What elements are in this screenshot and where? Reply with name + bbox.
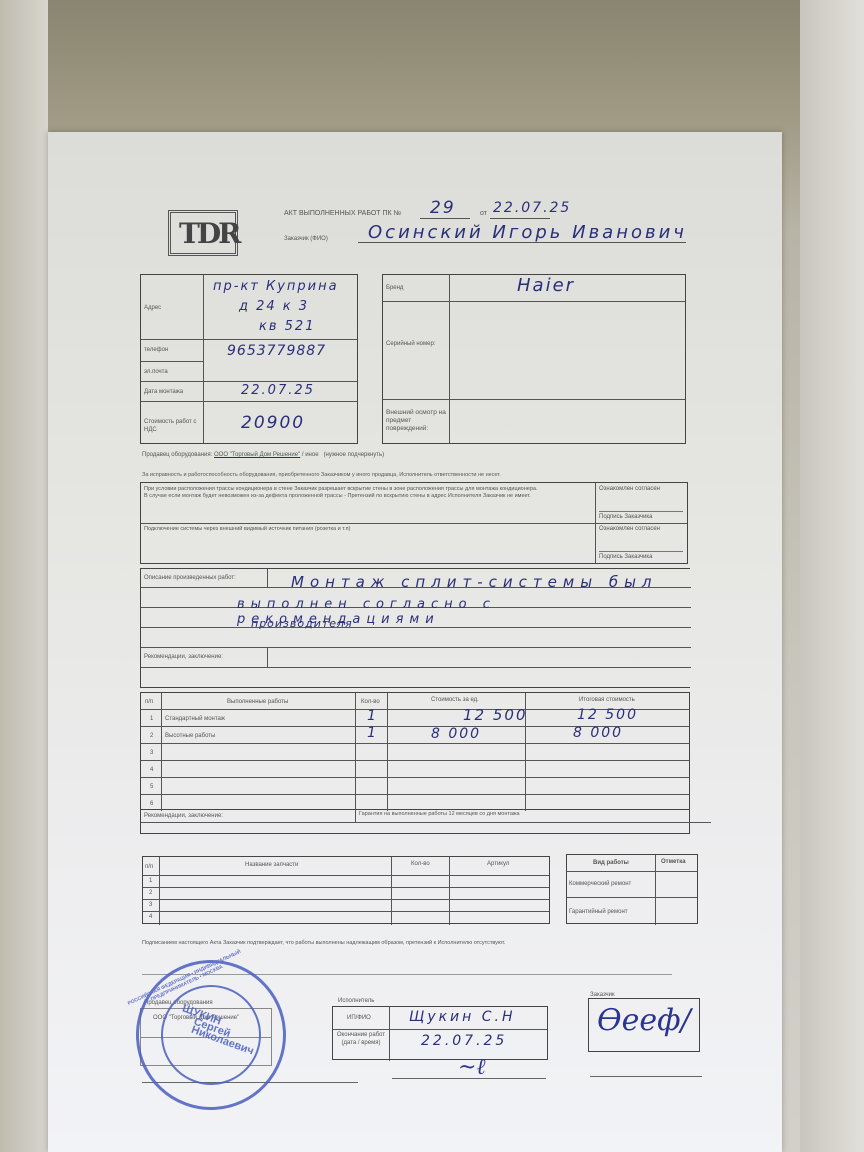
install-date-value: 22.07.25 xyxy=(241,383,315,398)
parts-col-qty: Кол-во xyxy=(411,861,430,869)
work-description-label: Описание произведенных работ: xyxy=(144,575,236,583)
seller-label: Продавец оборудования: xyxy=(142,452,212,458)
condition-1-sign-label: Подпись Заказчика xyxy=(599,514,653,522)
col-header-total: Итоговая стоимость xyxy=(579,697,635,705)
install-date-label: Дата монтажа xyxy=(144,389,183,397)
brand-label: Бренд xyxy=(386,285,403,293)
official-stamp: РОССИЙСКАЯ ФЕДЕРАЦИЯ • ИНДИВИДУАЛЬНЫЙ ПР… xyxy=(111,935,310,1134)
commercial-repair-label: Коммерческий ремонт xyxy=(569,881,631,889)
seller-option-other: иное xyxy=(305,452,318,458)
act-title: АКТ ВЫПОЛНЕННЫХ РАБОТ ПК № xyxy=(284,210,401,219)
finish-value: 22.07.25 xyxy=(421,1033,507,1049)
repair-type-table: Вид работы Отметка Коммерческий ремонт Г… xyxy=(566,854,698,924)
repair-mark-header: Отметка xyxy=(661,859,686,867)
customer-signature-box: Ѳeeф/ xyxy=(588,998,700,1052)
cost-label: Стоимость работ с НДС xyxy=(144,419,200,434)
repair-type-header: Вид работы xyxy=(593,860,629,868)
inspection-label: Внешний осмотр на предмет повреждений: xyxy=(386,409,448,433)
performer-signature: ~ℓ xyxy=(458,1054,486,1080)
finish-label: Окончание работ (дата / время) xyxy=(335,1032,387,1047)
work-row-2-unit-price: 8 000 xyxy=(431,726,481,742)
email-label: эл.почта xyxy=(144,369,168,377)
work-description-line-1: Монтаж сплит-системы был xyxy=(291,573,658,591)
condition-2-agree-label: Ознакомлен согласен xyxy=(599,526,660,534)
seller-hint: (нужное подчеркнуть) xyxy=(324,452,385,458)
work-row-2-total: 8 000 xyxy=(573,725,623,741)
work-row-1-name: Стандартный монтаж xyxy=(165,716,225,724)
seller-line: Продавец оборудования: ООО "Торговый Дом… xyxy=(142,452,384,460)
phone-label: телефон xyxy=(144,347,168,355)
date-label: от xyxy=(480,210,487,219)
company-logo: TDR xyxy=(168,210,238,256)
work-description-section: Описание произведенных работ: Монтаж спл… xyxy=(140,568,690,688)
confirmation-text: Подписанием настоящего Акта Заказчик под… xyxy=(142,940,505,947)
cost-value: 20900 xyxy=(241,413,305,433)
condition-2-text: Подключение системы через внешний видимы… xyxy=(144,526,351,533)
parts-col-article: Артикул xyxy=(487,861,509,869)
condition-1-agree-label: Ознакомлен согласен xyxy=(599,486,660,494)
recommendations-label: Рекомендации, заключение: xyxy=(144,654,223,662)
customer-signature: Ѳeeф/ xyxy=(597,1003,691,1038)
condition-2-sign-label: Подпись Заказчика xyxy=(599,554,653,562)
serial-label: Серийный номер: xyxy=(386,341,446,349)
col-header-num: п/п xyxy=(145,699,153,707)
act-number: 29 xyxy=(430,198,456,218)
work-row-1-qty: 1 xyxy=(367,708,378,724)
col-header-qty: Кол-во xyxy=(361,699,380,707)
parts-table: п/п Название запчасти Кол-во Артикул 1 2… xyxy=(142,856,550,924)
performer-name-label: ИП/ФИО xyxy=(347,1015,371,1023)
work-completion-act-document: TDR АКТ ВЫПОЛНЕННЫХ РАБОТ ПК № 29 от 22.… xyxy=(48,132,782,1152)
parts-col-name: Название запчасти xyxy=(245,862,298,870)
performer-label: Исполнитель xyxy=(338,998,374,1006)
work-row-1-total: 12 500 xyxy=(577,707,638,723)
address-label: Адрес xyxy=(144,305,161,313)
performer-table: ИП/ФИО Щукин С.Н Окончание работ (дата /… xyxy=(332,1006,548,1060)
wall-background-right xyxy=(800,0,864,1152)
work-row-2-name: Высотные работы xyxy=(165,733,215,741)
wall-background-left xyxy=(0,0,48,1152)
conditions-table: При условии расположения трассы кондицио… xyxy=(140,482,688,564)
warranty-note: Гарантия на выполненные работы 12 месяце… xyxy=(359,811,520,818)
work-row-2-qty: 1 xyxy=(367,725,378,741)
col-header-work: Выполненные работы xyxy=(227,699,288,707)
phone-value: 9653779887 xyxy=(227,343,326,359)
works-table: п/п Выполненные работы Кол-во Стоимость … xyxy=(140,692,690,810)
works-recommendations-label: Рекомендации, заключение: xyxy=(144,813,223,821)
address-line-2: д 24 к 3 xyxy=(239,299,309,314)
act-date: 22.07.25 xyxy=(493,200,571,216)
customer-name: Осинский Игорь Иванович xyxy=(368,222,687,243)
work-description-line-3: производителя xyxy=(251,617,353,630)
work-row-1-unit-price: 12 500 xyxy=(463,706,528,724)
condition-1-text: При условии расположения трассы кондицио… xyxy=(144,486,590,500)
customer-label: Заказчик (ФИО) xyxy=(284,236,328,244)
disclaimer-text: За исправность и работоспособность обору… xyxy=(142,472,501,479)
works-footer: Рекомендации, заключение: Гарантия на вы… xyxy=(140,810,690,834)
col-header-unit-price: Стоимость за ед. xyxy=(431,697,479,705)
client-info-table: Адрес пр-кт Куприна д 24 к 3 кв 521 теле… xyxy=(140,274,358,444)
warranty-repair-label: Гарантийный ремонт xyxy=(569,909,628,917)
commercial-repair-mark[interactable] xyxy=(661,877,691,891)
address-line-1: пр-кт Куприна xyxy=(213,279,339,294)
address-line-3: кв 521 xyxy=(259,319,315,334)
brand-value: Haier xyxy=(517,275,575,296)
equipment-info-table: Бренд Haier Серийный номер: Внешний осмо… xyxy=(382,274,686,444)
warranty-repair-mark[interactable] xyxy=(661,903,691,919)
seller-option-selected: ООО "Торговый Дом Решение" xyxy=(214,452,300,458)
performer-name-value: Щукин С.Н xyxy=(409,1009,516,1025)
